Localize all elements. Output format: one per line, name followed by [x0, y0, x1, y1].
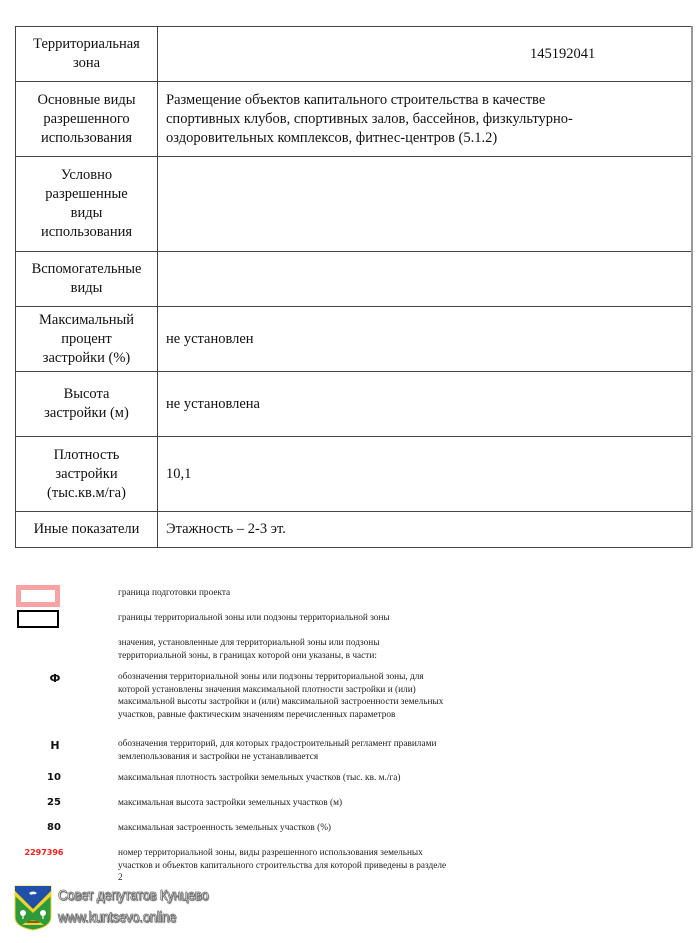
main-uses-value: Размещение объектов капитального строите…	[158, 82, 693, 157]
auxiliary-uses-value	[158, 252, 693, 307]
legend-text: номер территориальной зоны, виды разреше…	[118, 847, 448, 885]
watermark-title: Совет депутатов Кунцево	[58, 887, 208, 904]
main-uses-text: Размещение объектов капитального строите…	[166, 91, 611, 148]
legend-symbol: Н	[40, 739, 70, 752]
table-row-auxiliary-uses: Вспомогательные виды	[16, 252, 693, 307]
table-row-main-uses: Основные виды разрешенного использования…	[16, 82, 693, 157]
table-row-other: Иные показатели Этажность – 2-3 эт.	[16, 512, 693, 548]
legend-symbol: 10	[36, 772, 72, 783]
legend-text: максимальная высота застройки земельных …	[118, 797, 448, 810]
table-row-conditional-uses: Условно разрешенные виды использования	[16, 157, 693, 252]
project-boundary-swatch-icon	[16, 585, 60, 607]
legend-text: обозначения территорий, для которых град…	[118, 738, 448, 763]
row-label: Условно разрешенные виды использования	[16, 157, 158, 252]
row-label: Иные показатели	[16, 512, 158, 548]
legend-text: граница подготовки проекта	[118, 587, 448, 600]
watermark-url: www.kuntsevo.online	[58, 909, 176, 926]
row-label-text: Максимальный процент застройки (%)	[34, 311, 139, 368]
legend-symbol: Ф	[40, 672, 70, 685]
row-label: Максимальный процент застройки (%)	[16, 307, 158, 372]
table-row-density: Плотность застройки (тыс.кв.м/га) 10,1	[16, 437, 693, 512]
zone-boundary-swatch-icon	[17, 610, 59, 628]
row-label-text: Плотность застройки (тыс.кв.м/га)	[37, 446, 137, 503]
legend-symbol: 25	[36, 797, 72, 808]
row-label: Плотность застройки (тыс.кв.м/га)	[16, 437, 158, 512]
territorial-zone-table: Территориальная зона 145192041 Основные …	[15, 26, 693, 548]
height-value: не установлена	[158, 372, 693, 437]
row-label: Основные виды разрешенного использования	[16, 82, 158, 157]
max-coverage-value: не установлен	[158, 307, 693, 372]
table-row-zone: Территориальная зона 145192041	[16, 27, 693, 82]
watermark: Совет депутатов Кунцево www.kuntsevo.onl…	[14, 885, 254, 931]
conditional-uses-value	[158, 157, 693, 252]
table-row-max-coverage: Максимальный процент застройки (%) не ус…	[16, 307, 693, 372]
legend-symbol: 2297396	[14, 848, 74, 857]
legend-text: значения, установленные для территориаль…	[118, 637, 448, 662]
legend-text: максимальная плотность застройки земельн…	[118, 772, 448, 785]
table-row-height: Высота застройки (м) не установлена	[16, 372, 693, 437]
kuntsevo-coat-of-arms-icon	[14, 885, 52, 931]
row-label: Вспомогательные виды	[16, 252, 158, 307]
zone-number-value: 145192041	[158, 27, 693, 82]
row-label-text: Высота застройки (м)	[37, 385, 137, 423]
row-label: Территориальная зона	[16, 27, 158, 82]
row-label-text: Вспомогательные виды	[24, 260, 149, 298]
row-label-text: Условно разрешенные виды использования	[37, 166, 137, 242]
legend-text: границы территориальной зоны или подзоны…	[118, 612, 448, 625]
legend-text: обозначения территориальной зоны или под…	[118, 671, 448, 721]
density-value: 10,1	[158, 437, 693, 512]
legend-text: максимальная застроенность земельных уча…	[118, 822, 448, 835]
legend-symbol: 80	[36, 822, 72, 833]
other-value: Этажность – 2-3 эт.	[158, 512, 693, 548]
row-label: Высота застройки (м)	[16, 372, 158, 437]
